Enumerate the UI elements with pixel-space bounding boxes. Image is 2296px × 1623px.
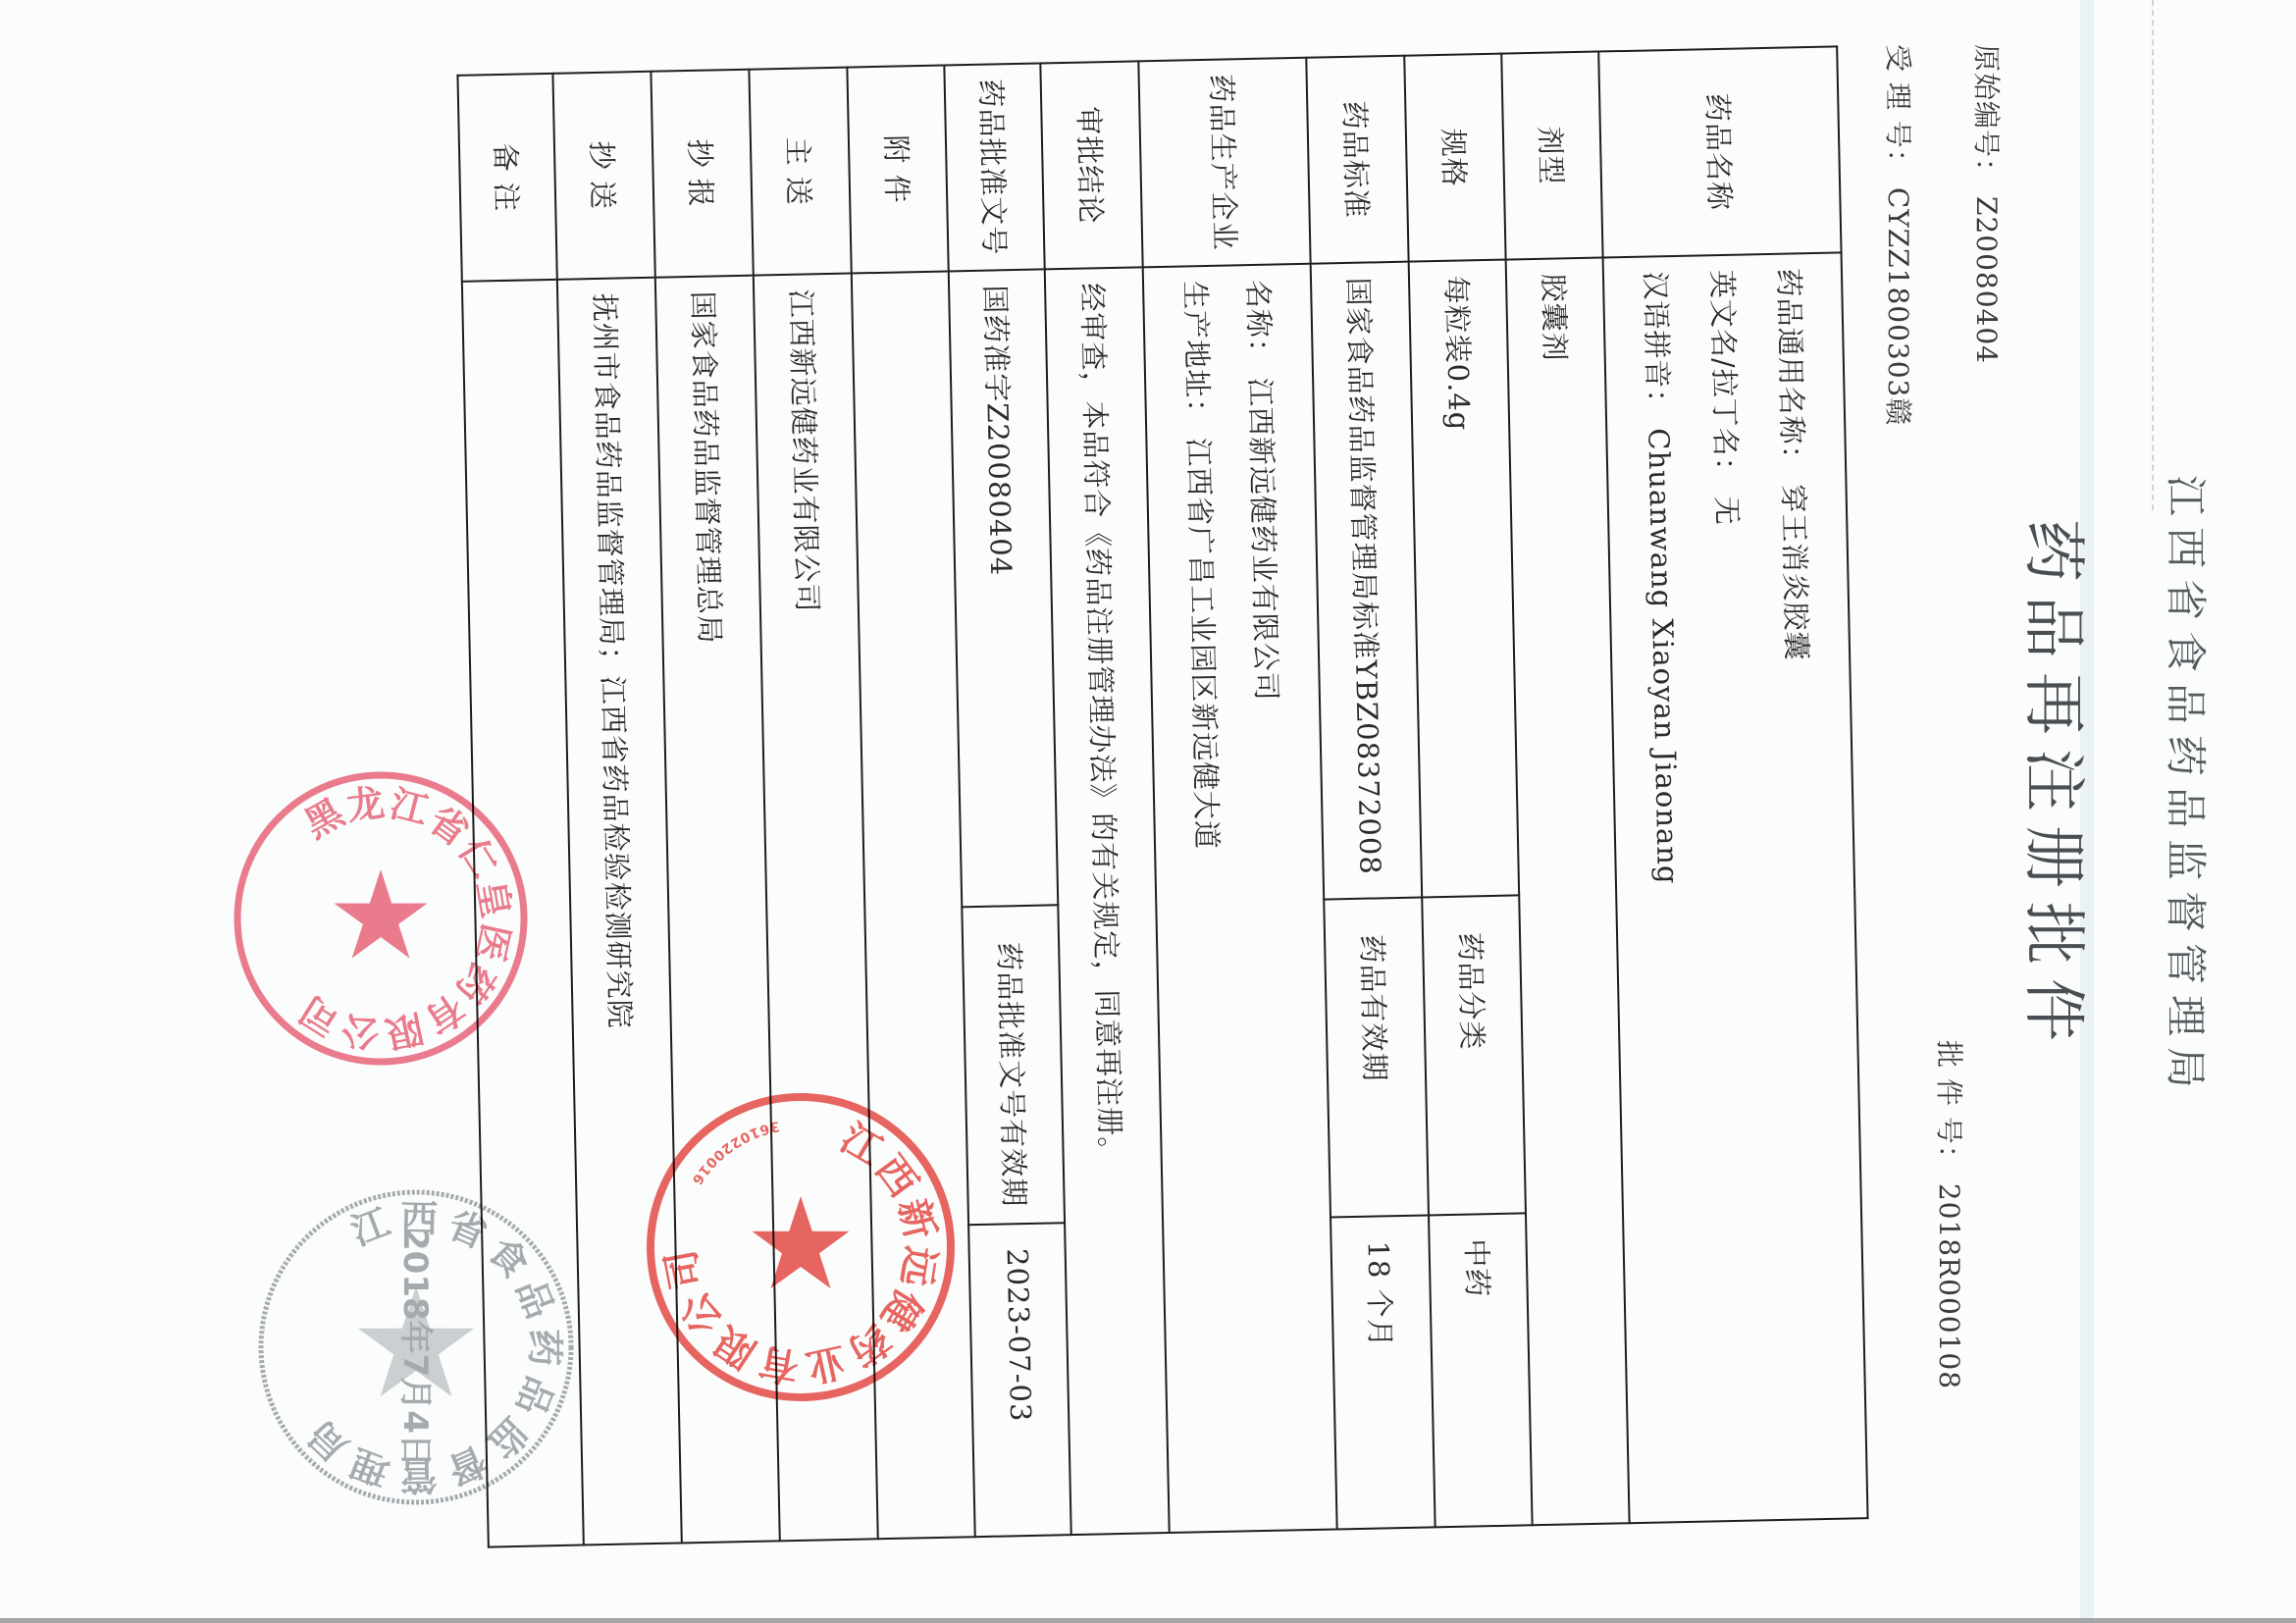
manufacturer-address: 江西省广昌工业园区新远健大道 [1182, 438, 1225, 851]
manufacturer-name: 江西新远健药业有限公司 [1244, 377, 1284, 702]
value-drug-category: 中药 [1429, 1213, 1533, 1527]
label-report-to: 抄 报 [651, 70, 753, 278]
table-row-manufacturer: 药品生产企业 名称：江西新远健药业有限公司 生产地址：江西省广昌工业园区新远健大… [1138, 58, 1336, 1533]
table-row-drug-name: 药品名称 药品通用名称：穿王消炎胶囊 英文名/拉丁名：无 汉语拼音：Chuanw… [1598, 46, 1867, 1523]
label-drug-standard: 药品标准 [1306, 56, 1408, 264]
value-shelf-life: 18 个月 [1331, 1215, 1435, 1529]
label-shelf-life: 药品有效期 [1324, 897, 1429, 1217]
generic-name-label: 药品通用名称： [1772, 268, 1809, 475]
original-number-value: Z20080404 [1970, 196, 2003, 364]
manufacturer-address-label: 生产地址： [1178, 281, 1215, 429]
document-title: 药品再注册批件 [2013, 198, 2104, 1376]
company-seal-serial-text: 3610220016 [689, 1118, 781, 1187]
original-number: 原始编号：Z20080404 [1968, 44, 2008, 364]
issuing-agency: 江西省食品药品监督管理局 [2159, 296, 2218, 1278]
value-drug-name: 药品通用名称：穿王消炎胶囊 英文名/拉丁名：无 汉语拼音：Chuanwang X… [1603, 252, 1868, 1523]
pinyin-label: 汉语拼音： [1639, 271, 1675, 419]
value-manufacturer: 名称：江西新远健药业有限公司 生产地址：江西省广昌工业园区新远健大道 [1143, 264, 1337, 1533]
label-manufacturer: 药品生产企业 [1138, 58, 1310, 268]
label-conclusion: 审批结论 [1040, 61, 1142, 269]
label-attachment: 附 件 [847, 65, 948, 273]
pinyin: Chuanwang Xiaoyan Jiaonang [1643, 428, 1686, 885]
label-drug-category: 药品分类 [1422, 895, 1526, 1215]
approval-doc-number-label: 批 件 号： [1933, 1040, 1965, 1174]
label-specification: 规格 [1404, 54, 1505, 262]
heilongjiang-seal-stamp: 黑龙江省仁皇医药有限公司 [224, 761, 538, 1075]
generic-name: 穿王消炎胶囊 [1777, 484, 1814, 661]
value-approval-validity: 2023-07-03 [968, 1223, 1071, 1537]
acceptance-number-label: 受 理 号： [1882, 44, 1914, 178]
value-drug-standard: 国家食品药品监督管理局标准YBZ08372008 [1311, 262, 1423, 900]
approval-doc-number-value: 2018R000108 [1933, 1183, 1965, 1389]
label-remarks: 备 注 [457, 74, 556, 282]
heilongjiang-seal-star-icon [334, 869, 427, 959]
agency-seal-stamp: 江西省食品药品监督管理局 2018年7月4日 [249, 1180, 583, 1514]
acceptance-number-value: CYZZ1800303赣 [1882, 187, 1914, 427]
company-seal-serial: 3610220016 [689, 1118, 781, 1187]
agency-seal-date: 2018年7月4日 [395, 1228, 435, 1467]
value-approval-number: 国药准字Z20080404 [949, 269, 1059, 907]
original-number-label: 原始编号： [1970, 44, 2003, 186]
label-main-recipient: 主 送 [749, 68, 851, 276]
approval-document: 江西省食品药品监督管理局 药品再注册批件 原始编号：Z20080404 受 理 … [0, 0, 2296, 1623]
value-specification: 每粒装0.4g [1409, 260, 1520, 898]
label-approval-validity: 药品批准文号有效期 [962, 905, 1065, 1225]
english-name-label: 英文名/拉丁名： [1705, 270, 1744, 487]
english-name: 无 [1710, 496, 1745, 526]
label-copy-to: 抄 送 [552, 72, 654, 280]
manufacturer-name-label: 名称： [1241, 279, 1277, 368]
approval-doc-number: 批 件 号：2018R000108 [1931, 1040, 1970, 1389]
label-drug-name: 药品名称 [1598, 46, 1841, 257]
label-approval-number: 药品批准文号 [944, 63, 1044, 271]
company-seal-star-icon [753, 1196, 850, 1288]
label-dosage-form: 剂型 [1501, 52, 1602, 260]
company-seal-stamp: 江西新远健药业有限公司 3610220016 [634, 1080, 967, 1414]
agency-seal-date-text: 2018年7月4日 [395, 1228, 435, 1467]
acceptance-number: 受 理 号：CYZZ1800303赣 [1880, 44, 1919, 426]
